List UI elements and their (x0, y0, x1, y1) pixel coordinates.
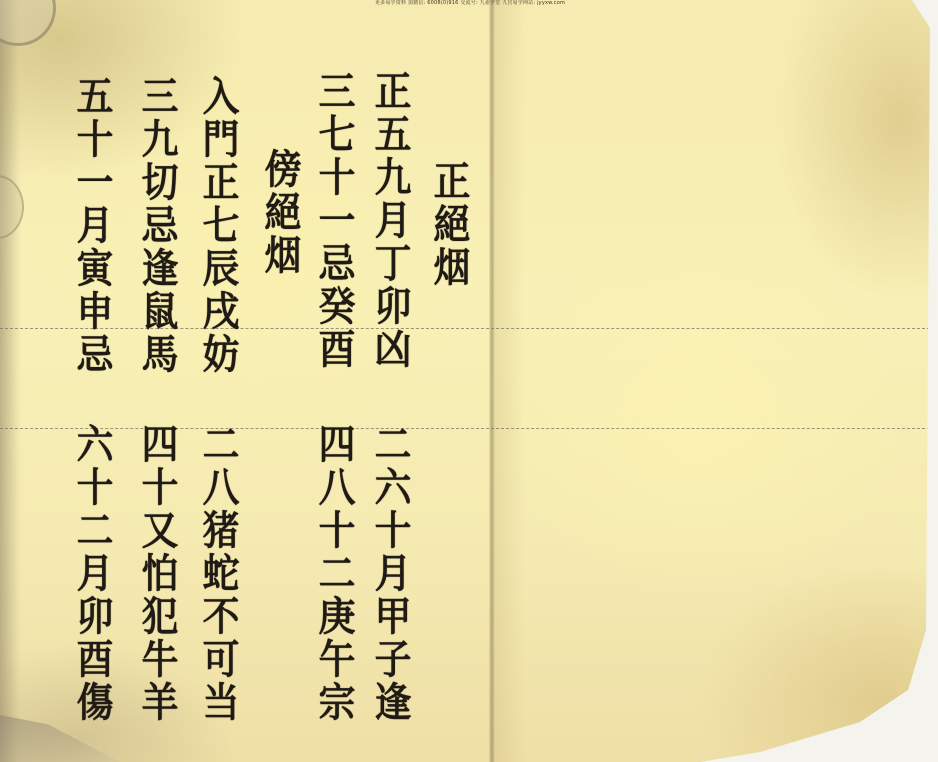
glyph: 蛇 (197, 552, 245, 595)
text-column-col2-block-1: 二六十月甲子逢 (367, 423, 419, 724)
glyph: 忌 (313, 242, 361, 285)
glyph: 卯 (71, 595, 119, 638)
text-column-col5-block-1: 二八猪蛇不可当 (195, 423, 247, 724)
glyph: 十 (369, 509, 417, 552)
glyph: 七 (197, 204, 245, 247)
glyph: 九 (136, 118, 184, 161)
glyph: 入 (197, 75, 245, 118)
glyph: 凶 (369, 328, 417, 371)
text-column-col1-block-0: 正絕烟 (426, 160, 478, 289)
glyph: 十 (71, 466, 119, 509)
text-column-col6-block-1: 四十又怕犯牛羊 (134, 423, 186, 724)
glyph: 傍 (259, 148, 307, 191)
glyph: 七 (313, 113, 361, 156)
glyph: 酉 (313, 328, 361, 371)
text-column-col3-block-0: 三七十一忌癸酉 (311, 70, 363, 371)
glyph: 一 (71, 161, 119, 204)
glyph: 妨 (197, 333, 245, 376)
glyph: 犯 (136, 595, 184, 638)
glyph: 四 (313, 423, 361, 466)
glyph: 怕 (136, 552, 184, 595)
glyph: 午 (313, 638, 361, 681)
glyph: 八 (313, 466, 361, 509)
glyph: 忌 (71, 333, 119, 376)
glyph: 宗 (313, 681, 361, 724)
glyph: 可 (197, 638, 245, 681)
glyph: 丁 (369, 242, 417, 285)
glyph: 月 (369, 199, 417, 242)
glyph: 十 (313, 509, 361, 552)
glyph: 絕 (259, 191, 307, 234)
text-column-col7-block-0: 五十一月寅申忌 (69, 75, 121, 376)
glyph: 五 (71, 75, 119, 118)
glyph: 当 (197, 681, 245, 724)
glyph: 不 (197, 595, 245, 638)
glyph: 申 (71, 290, 119, 333)
watermark-text: 更多易学资料 加微信: 6008(0)916 交流号: 九壶学堂 九宫易学网站:… (300, 0, 640, 8)
glyph: 正 (428, 160, 476, 203)
glyph: 月 (369, 552, 417, 595)
glyph: 二 (71, 509, 119, 552)
glyph: 牛 (136, 638, 184, 681)
glyph: 十 (136, 466, 184, 509)
glyph: 月 (71, 552, 119, 595)
glyph: 烟 (259, 234, 307, 277)
manuscript-page: 更多易学资料 加微信: 6008(0)916 交流号: 九壶学堂 九宫易学网站:… (0, 0, 938, 762)
glyph: 九 (369, 156, 417, 199)
glyph: 二 (197, 423, 245, 466)
glyph: 逢 (369, 681, 417, 724)
text-column-col4-block-0: 傍絕烟 (257, 148, 309, 277)
glyph: 逢 (136, 247, 184, 290)
glyph: 月 (71, 204, 119, 247)
glyph: 十 (313, 156, 361, 199)
glyph: 戌 (197, 290, 245, 333)
glyph: 四 (136, 423, 184, 466)
glyph: 辰 (197, 247, 245, 290)
glyph: 羊 (136, 681, 184, 724)
glyph: 子 (369, 638, 417, 681)
glyph: 絕 (428, 203, 476, 246)
glyph: 正 (197, 161, 245, 204)
glyph: 五 (369, 113, 417, 156)
text-column-col6-block-0: 三九切忌逢鼠馬 (134, 75, 186, 376)
glyph: 門 (197, 118, 245, 161)
glyph: 癸 (313, 285, 361, 328)
text-column-col3-block-1: 四八十二庚午宗 (311, 423, 363, 724)
glyph: 傷 (71, 681, 119, 724)
glyph: 庚 (313, 595, 361, 638)
spine-shadow (495, 0, 525, 762)
glyph: 六 (71, 423, 119, 466)
glyph: 十 (71, 118, 119, 161)
glyph: 切 (136, 161, 184, 204)
glyph: 二 (369, 423, 417, 466)
page-damage-top-left (0, 0, 56, 46)
glyph: 三 (136, 75, 184, 118)
glyph: 三 (313, 70, 361, 113)
glyph: 猪 (197, 509, 245, 552)
glyph: 一 (313, 199, 361, 242)
glyph: 正 (369, 70, 417, 113)
glyph: 烟 (428, 246, 476, 289)
glyph: 二 (313, 552, 361, 595)
glyph: 又 (136, 509, 184, 552)
glyph: 馬 (136, 333, 184, 376)
glyph: 忌 (136, 204, 184, 247)
page-left-edge-shadow (0, 0, 22, 762)
glyph: 八 (197, 466, 245, 509)
glyph: 鼠 (136, 290, 184, 333)
text-column-col2-block-0: 正五九月丁卯凶 (367, 70, 419, 371)
text-column-col5-block-0: 入門正七辰戌妨 (195, 75, 247, 376)
glyph: 酉 (71, 638, 119, 681)
text-column-col7-block-1: 六十二月卯酉傷 (69, 423, 121, 724)
glyph: 六 (369, 466, 417, 509)
glyph: 卯 (369, 285, 417, 328)
glyph: 寅 (71, 247, 119, 290)
glyph: 甲 (369, 595, 417, 638)
